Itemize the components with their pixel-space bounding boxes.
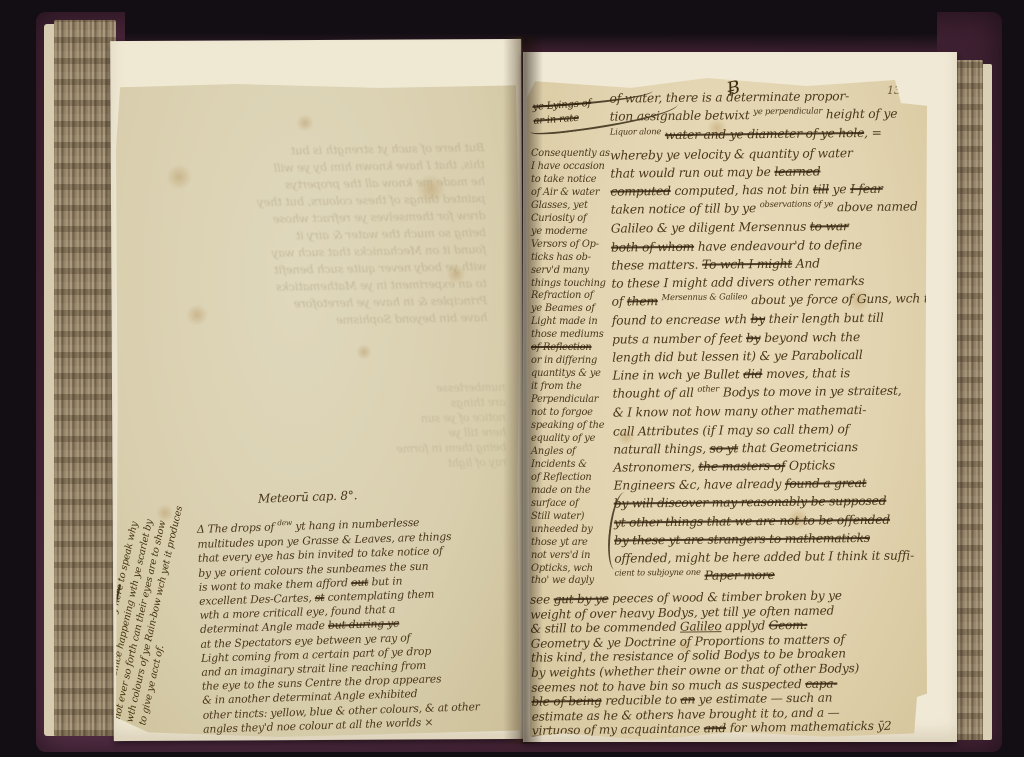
manuscript-line: serv'd many bbox=[531, 265, 615, 278]
manuscript-line: tho' we dayly bbox=[531, 575, 615, 588]
full-width-block: see gut by ye peeces of wood & timber br… bbox=[530, 587, 924, 738]
manuscript-line: Refraction of bbox=[531, 290, 615, 303]
manuscript-line: I have occasion bbox=[531, 161, 615, 174]
manuscript-line: Perpendicular bbox=[531, 394, 615, 407]
meteor-paragraph: Δ The drops of dew yt hang in numberless… bbox=[197, 513, 512, 737]
main-text-column: of water, there is a determinate propor-… bbox=[609, 86, 926, 587]
manuscript-line: ticks has ob- bbox=[531, 252, 615, 265]
manuscript-line: of Reflection bbox=[531, 472, 615, 485]
manuscript-line: equality of ye bbox=[531, 433, 615, 446]
manuscript-line: Curiosity of bbox=[531, 213, 615, 226]
manuscript-line: Opticks, wch bbox=[531, 563, 615, 576]
manuscript-line: Glasses, yet bbox=[531, 200, 615, 213]
margin-struck-lines: ye Lyings ofar in rate bbox=[532, 95, 618, 129]
manuscript-line: things touching bbox=[531, 278, 615, 291]
manuscript-line: Versors of Op- bbox=[531, 239, 615, 252]
showthrough-text-block: But here of such yt strength is butthis,… bbox=[154, 139, 487, 332]
manuscript-line: ye Beames of bbox=[531, 303, 615, 316]
manuscript-line: not to forgoe bbox=[531, 407, 615, 420]
page-edge-stack-left bbox=[54, 20, 116, 736]
manuscript-line: found to encrease wth by their length bu… bbox=[612, 309, 924, 330]
right-manuscript-leaf: 131 Ƀ ye Lyings ofar in rate Consequentl… bbox=[527, 78, 927, 740]
chapter-heading: Meteorū cap. 8°. bbox=[258, 488, 358, 505]
manuscript-line: surface of bbox=[531, 498, 615, 511]
manuscript-line: yt other things that we are not to be of… bbox=[614, 510, 926, 531]
photo-background: But here of such yt strength is butthis,… bbox=[0, 0, 1024, 757]
fox-spot bbox=[296, 114, 314, 132]
left-manuscript-leaf: But here of such yt strength is butthis,… bbox=[116, 84, 520, 737]
endpaper-right bbox=[982, 64, 992, 740]
manuscript-line: Incidents & bbox=[531, 459, 615, 472]
manuscript-line: not vers'd in bbox=[531, 550, 615, 563]
manuscript-line: those mediums bbox=[531, 329, 615, 342]
manuscript-line: it from the bbox=[531, 381, 615, 394]
manuscript-line: Angles of bbox=[531, 446, 615, 459]
manuscript-line: speaking of the bbox=[531, 420, 615, 433]
margin-column: Consequently asI have occasionto take no… bbox=[531, 148, 615, 588]
manuscript-line: Consequently as bbox=[531, 148, 615, 161]
manuscript-line: to take notice bbox=[531, 174, 615, 187]
manuscript-line: Still water) bbox=[531, 511, 615, 524]
manuscript-line: thought of all other Bodys to move in ye… bbox=[612, 382, 924, 404]
manuscript-line: of Reflection bbox=[531, 342, 615, 355]
manuscript-line: Light made in bbox=[531, 316, 615, 329]
manuscript-line: made on the bbox=[531, 485, 615, 498]
manuscript-line: those yt are bbox=[531, 537, 615, 550]
manuscript-line: unheeded by bbox=[531, 524, 615, 537]
page-edge-stack-right bbox=[953, 60, 983, 740]
manuscript-line: cient to subjoyne one Paper more bbox=[614, 565, 926, 587]
showthrough-text-block: numberlesseare thingsnotice of ye sunher… bbox=[233, 380, 507, 475]
manuscript-line: Liquor alone water and ye diameter of ye… bbox=[610, 124, 922, 146]
gutter-shadow bbox=[503, 36, 543, 744]
fox-spot bbox=[356, 344, 372, 360]
manuscript-line: ye moderne bbox=[531, 226, 615, 239]
manuscript-line: taken notice of till by ye observations … bbox=[611, 198, 923, 220]
manuscript-line: of Air & water bbox=[531, 187, 615, 200]
manuscript-line: or in differing bbox=[531, 355, 615, 368]
manuscript-line: quantitys & ye bbox=[531, 368, 615, 381]
